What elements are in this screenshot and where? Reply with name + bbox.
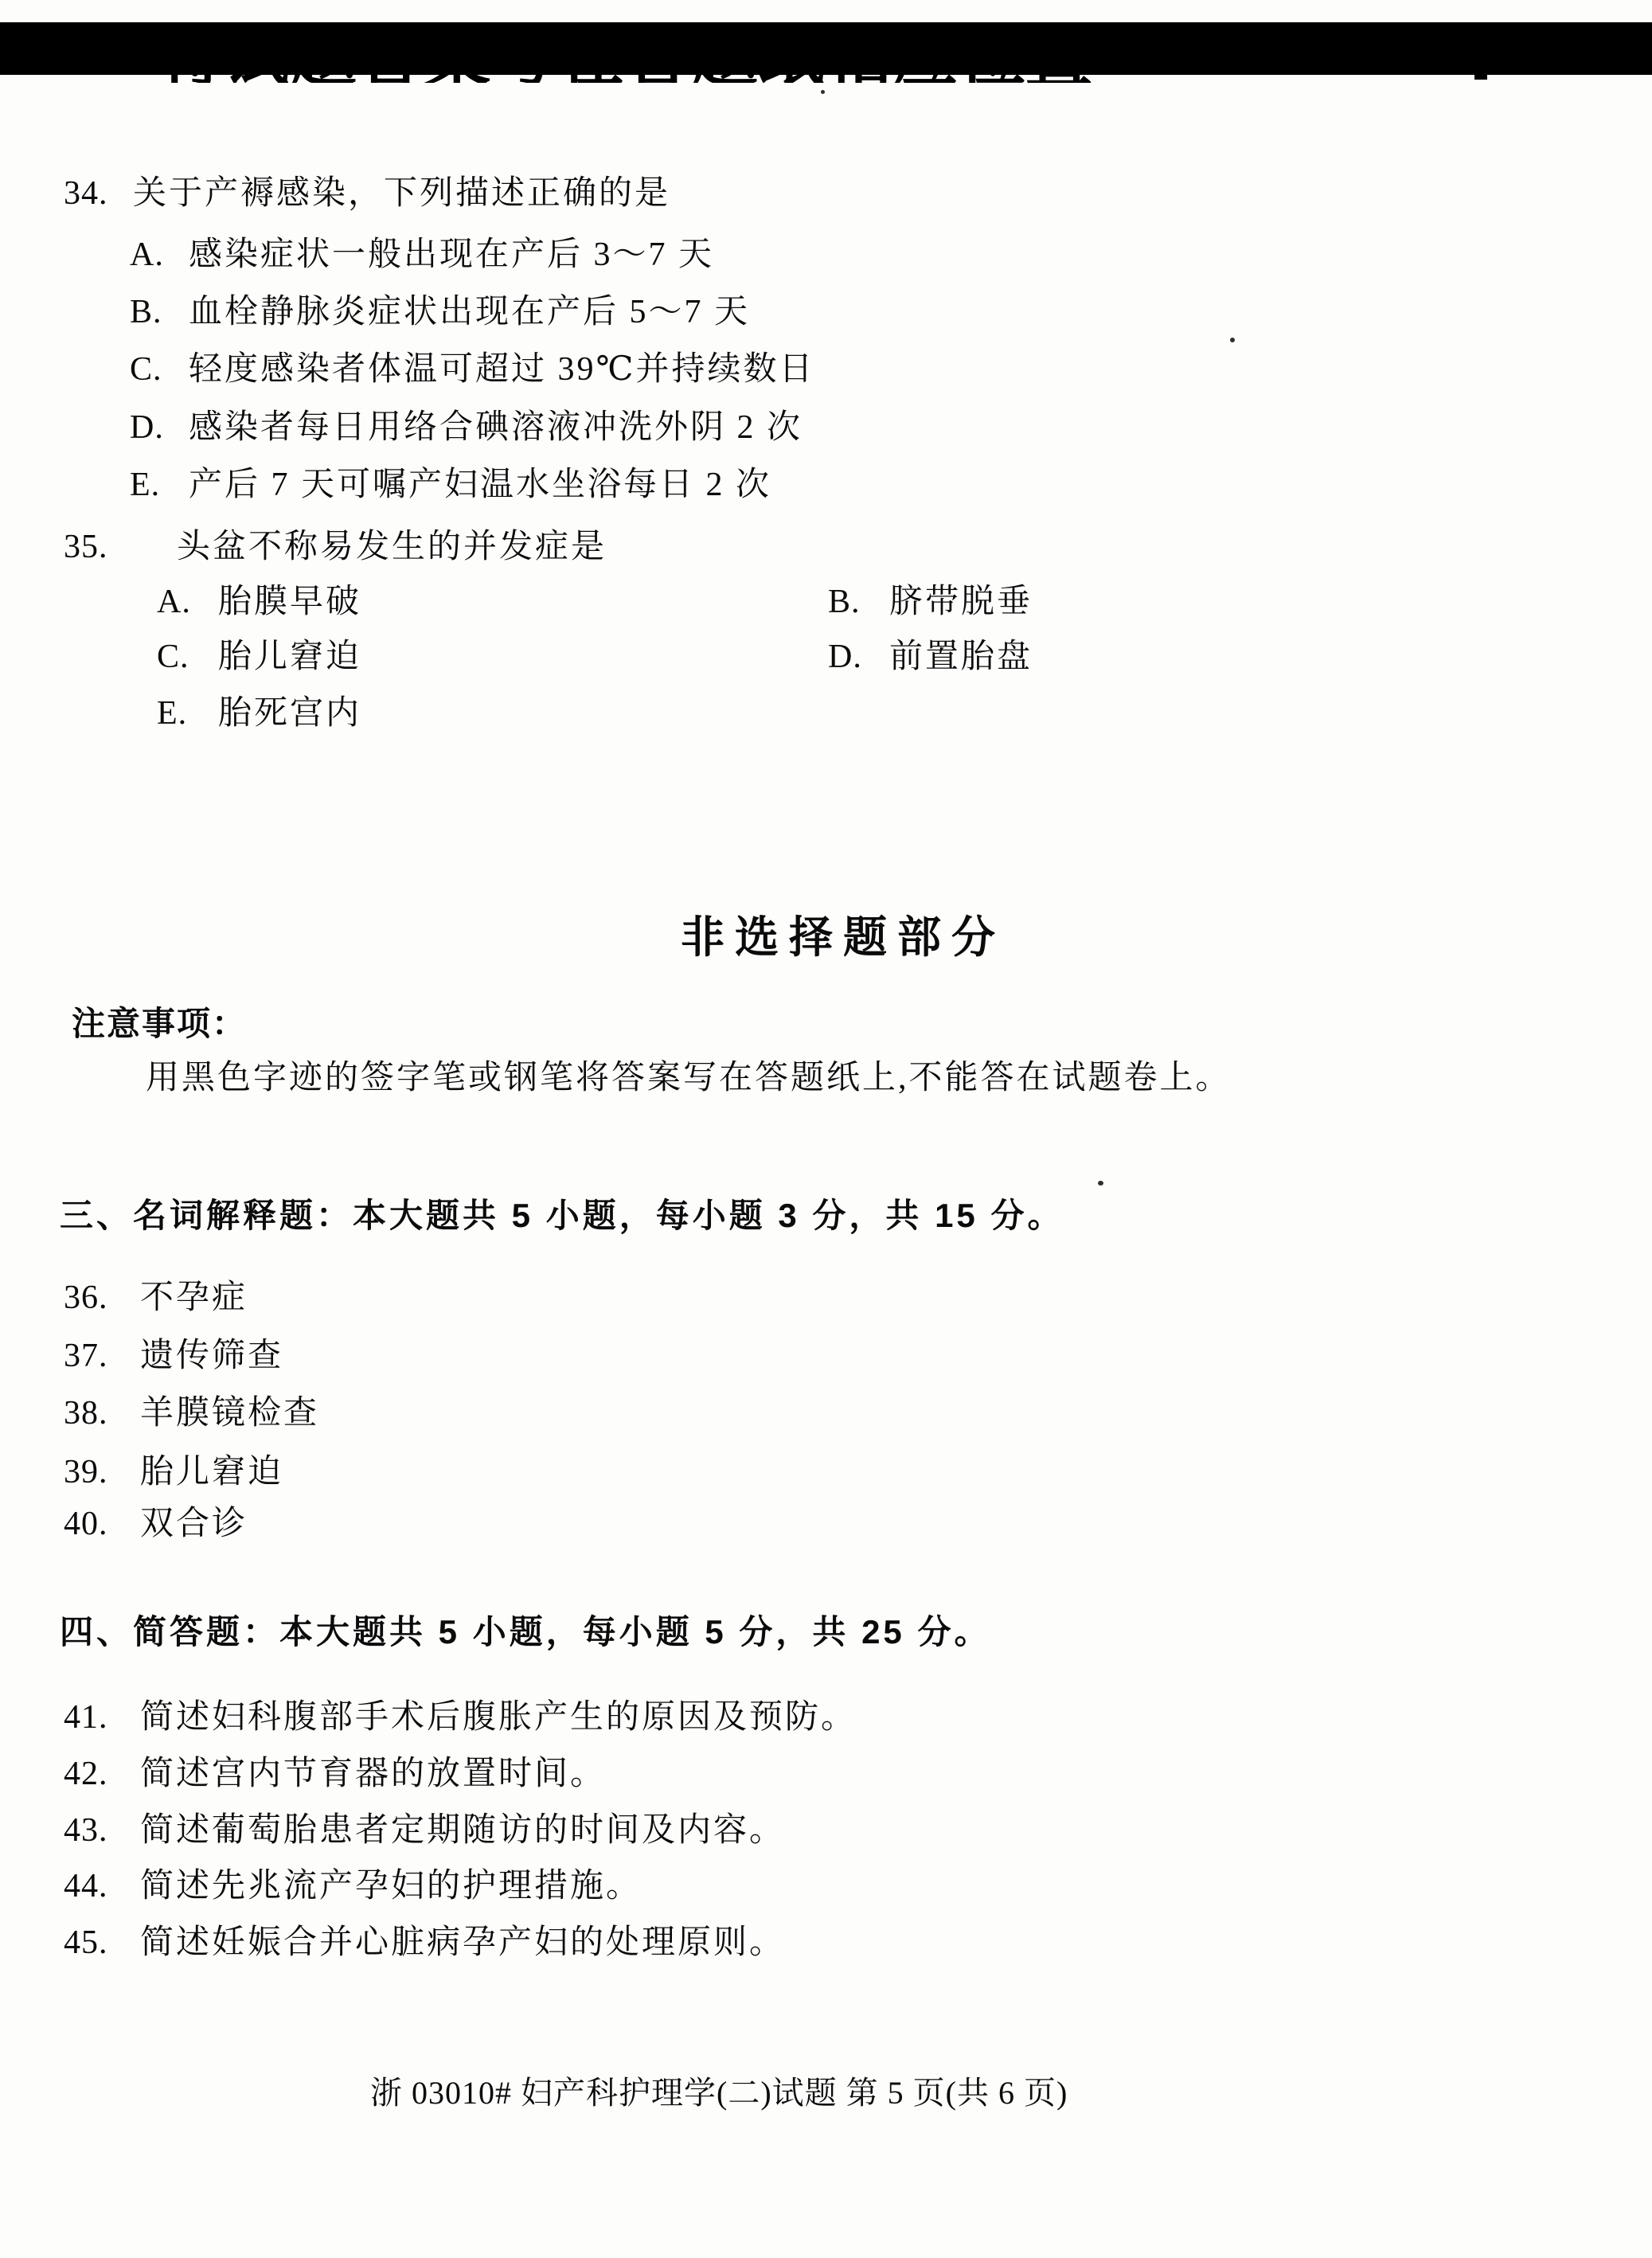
option-label: B. — [828, 584, 889, 621]
item-number: 44. — [64, 1868, 140, 1905]
part-b-heading: 非选择题部分 — [681, 913, 1006, 963]
page-footer: 浙 03010# 妇产科护理学(二)试题 第 5 页(共 6 页) — [370, 2076, 1068, 2112]
item-38: 38.羊膜镜检查 — [64, 1395, 319, 1432]
item-text: 简述葡萄胎患者定期随访的时间及内容。 — [140, 1812, 785, 1849]
item-text: 简述妇科腹部手术后腹胀产生的原因及预防。 — [140, 1699, 857, 1736]
item-36: 36.不孕症 — [64, 1279, 248, 1317]
item-39: 39.胎儿窘迫 — [64, 1454, 283, 1491]
item-text: 遗传筛查 — [140, 1338, 283, 1374]
question-stem: 头盆不称易发生的并发症是 — [177, 529, 607, 565]
option-text: 血栓静脉炎症状出现在产后 5～7 天 — [189, 294, 750, 330]
item-text: 不孕症 — [140, 1279, 248, 1316]
option-label: D. — [130, 409, 189, 447]
item-37: 37.遗传筛查 — [64, 1338, 283, 1375]
scan-speck — [821, 90, 825, 94]
item-text: 简述先兆流产孕妇的护理措施。 — [140, 1868, 642, 1904]
scan-speck — [1098, 1181, 1103, 1186]
option-text: 胎膜早破 — [218, 584, 361, 620]
glyph-fragment — [1474, 75, 1487, 80]
option-text: 胎死宫内 — [218, 695, 361, 732]
item-number: 43. — [64, 1812, 140, 1850]
option-text: 产后 7 天可嘱产妇温水坐浴每日 2 次 — [189, 467, 771, 503]
option-label: E. — [157, 695, 218, 732]
q34-option-c: C.轻度感染者体温可超过 39℃并持续数日 — [130, 351, 814, 389]
item-45: 45.简述妊娠合并心脏病孕产妇的处理原则。 — [64, 1924, 785, 1962]
section-4-title: 四、简答题：本大题共 5 小题，每小题 5 分，共 25 分。 — [60, 1613, 990, 1651]
q35-option-b: B.脐带脱垂 — [828, 584, 1033, 621]
option-label: E. — [130, 467, 189, 504]
item-number: 36. — [64, 1279, 140, 1317]
option-label: C. — [157, 639, 218, 676]
question-stem: 关于产褥感染，下列描述正确的是 — [133, 175, 670, 212]
option-label: B. — [130, 294, 189, 331]
option-text: 脐带脱垂 — [889, 584, 1033, 620]
item-number: 41. — [64, 1699, 140, 1736]
item-43: 43.简述葡萄胎患者定期随访的时间及内容。 — [64, 1812, 785, 1850]
item-number: 42. — [64, 1756, 140, 1793]
redaction-bar — [0, 22, 1652, 75]
item-number: 37. — [64, 1338, 140, 1375]
item-42: 42.简述宫内节育器的放置时间。 — [64, 1756, 606, 1793]
item-44: 44.简述先兆流产孕妇的护理措施。 — [64, 1868, 642, 1905]
notice-body: 用黑色字迹的签字笔或钢笔将答案写在答题纸上,不能答在试题卷上。 — [146, 1060, 1232, 1097]
q35-option-c: C.胎儿窘迫 — [157, 639, 361, 676]
item-text: 胎儿窘迫 — [140, 1454, 283, 1490]
item-text: 双合诊 — [140, 1506, 248, 1542]
question-34: 34.关于产褥感染，下列描述正确的是 — [64, 175, 670, 213]
scan-artifact-strip: 将试题答案写在答题纸相应位置 — [0, 22, 1652, 83]
q34-option-d: D.感染者每日用络合碘溶液冲洗外阴 2 次 — [130, 409, 803, 447]
question-35: 35.头盆不称易发生的并发症是 — [64, 529, 607, 566]
option-label: C. — [130, 351, 189, 389]
notice-title: 注意事项： — [72, 1006, 247, 1044]
q35-option-d: D.前置胎盘 — [828, 639, 1033, 676]
item-number: 39. — [64, 1454, 140, 1491]
item-text: 简述宫内节育器的放置时间。 — [140, 1756, 606, 1792]
item-number: 38. — [64, 1395, 140, 1432]
q34-option-a: A.感染症状一般出现在产后 3～7 天 — [130, 236, 714, 274]
option-text: 前置胎盘 — [889, 639, 1033, 675]
item-number: 45. — [64, 1924, 140, 1962]
q34-option-b: B.血栓静脉炎症状出现在产后 5～7 天 — [130, 294, 750, 331]
option-label: D. — [828, 639, 889, 676]
item-text: 简述妊娠合并心脏病孕产妇的处理原则。 — [140, 1924, 785, 1961]
q35-option-a: A.胎膜早破 — [157, 584, 361, 621]
question-number: 35. — [64, 529, 177, 566]
q34-option-e: E.产后 7 天可嘱产妇温水坐浴每日 2 次 — [130, 467, 771, 504]
option-text: 胎儿窘迫 — [218, 639, 361, 675]
option-label: A. — [157, 584, 218, 621]
exam-scan-page: 将试题答案写在答题纸相应位置 34.关于产褥感染，下列描述正确的是 A.感染症状… — [0, 0, 1652, 2258]
option-text: 感染者每日用络合碘溶液冲洗外阴 2 次 — [189, 409, 803, 446]
q35-option-e: E.胎死宫内 — [157, 695, 361, 732]
section-3-title: 三、名词解释题：本大题共 5 小题，每小题 3 分，共 15 分。 — [60, 1197, 1064, 1234]
item-40: 40.双合诊 — [64, 1506, 248, 1543]
option-text: 感染症状一般出现在产后 3～7 天 — [189, 236, 714, 273]
option-text: 轻度感染者体温可超过 39℃并持续数日 — [189, 351, 814, 388]
option-label: A. — [130, 236, 189, 274]
item-number: 40. — [64, 1506, 140, 1543]
item-text: 羊膜镜检查 — [140, 1395, 319, 1432]
question-number: 34. — [64, 175, 133, 213]
item-41: 41.简述妇科腹部手术后腹胀产生的原因及预防。 — [64, 1699, 857, 1736]
scan-speck — [1230, 338, 1235, 342]
